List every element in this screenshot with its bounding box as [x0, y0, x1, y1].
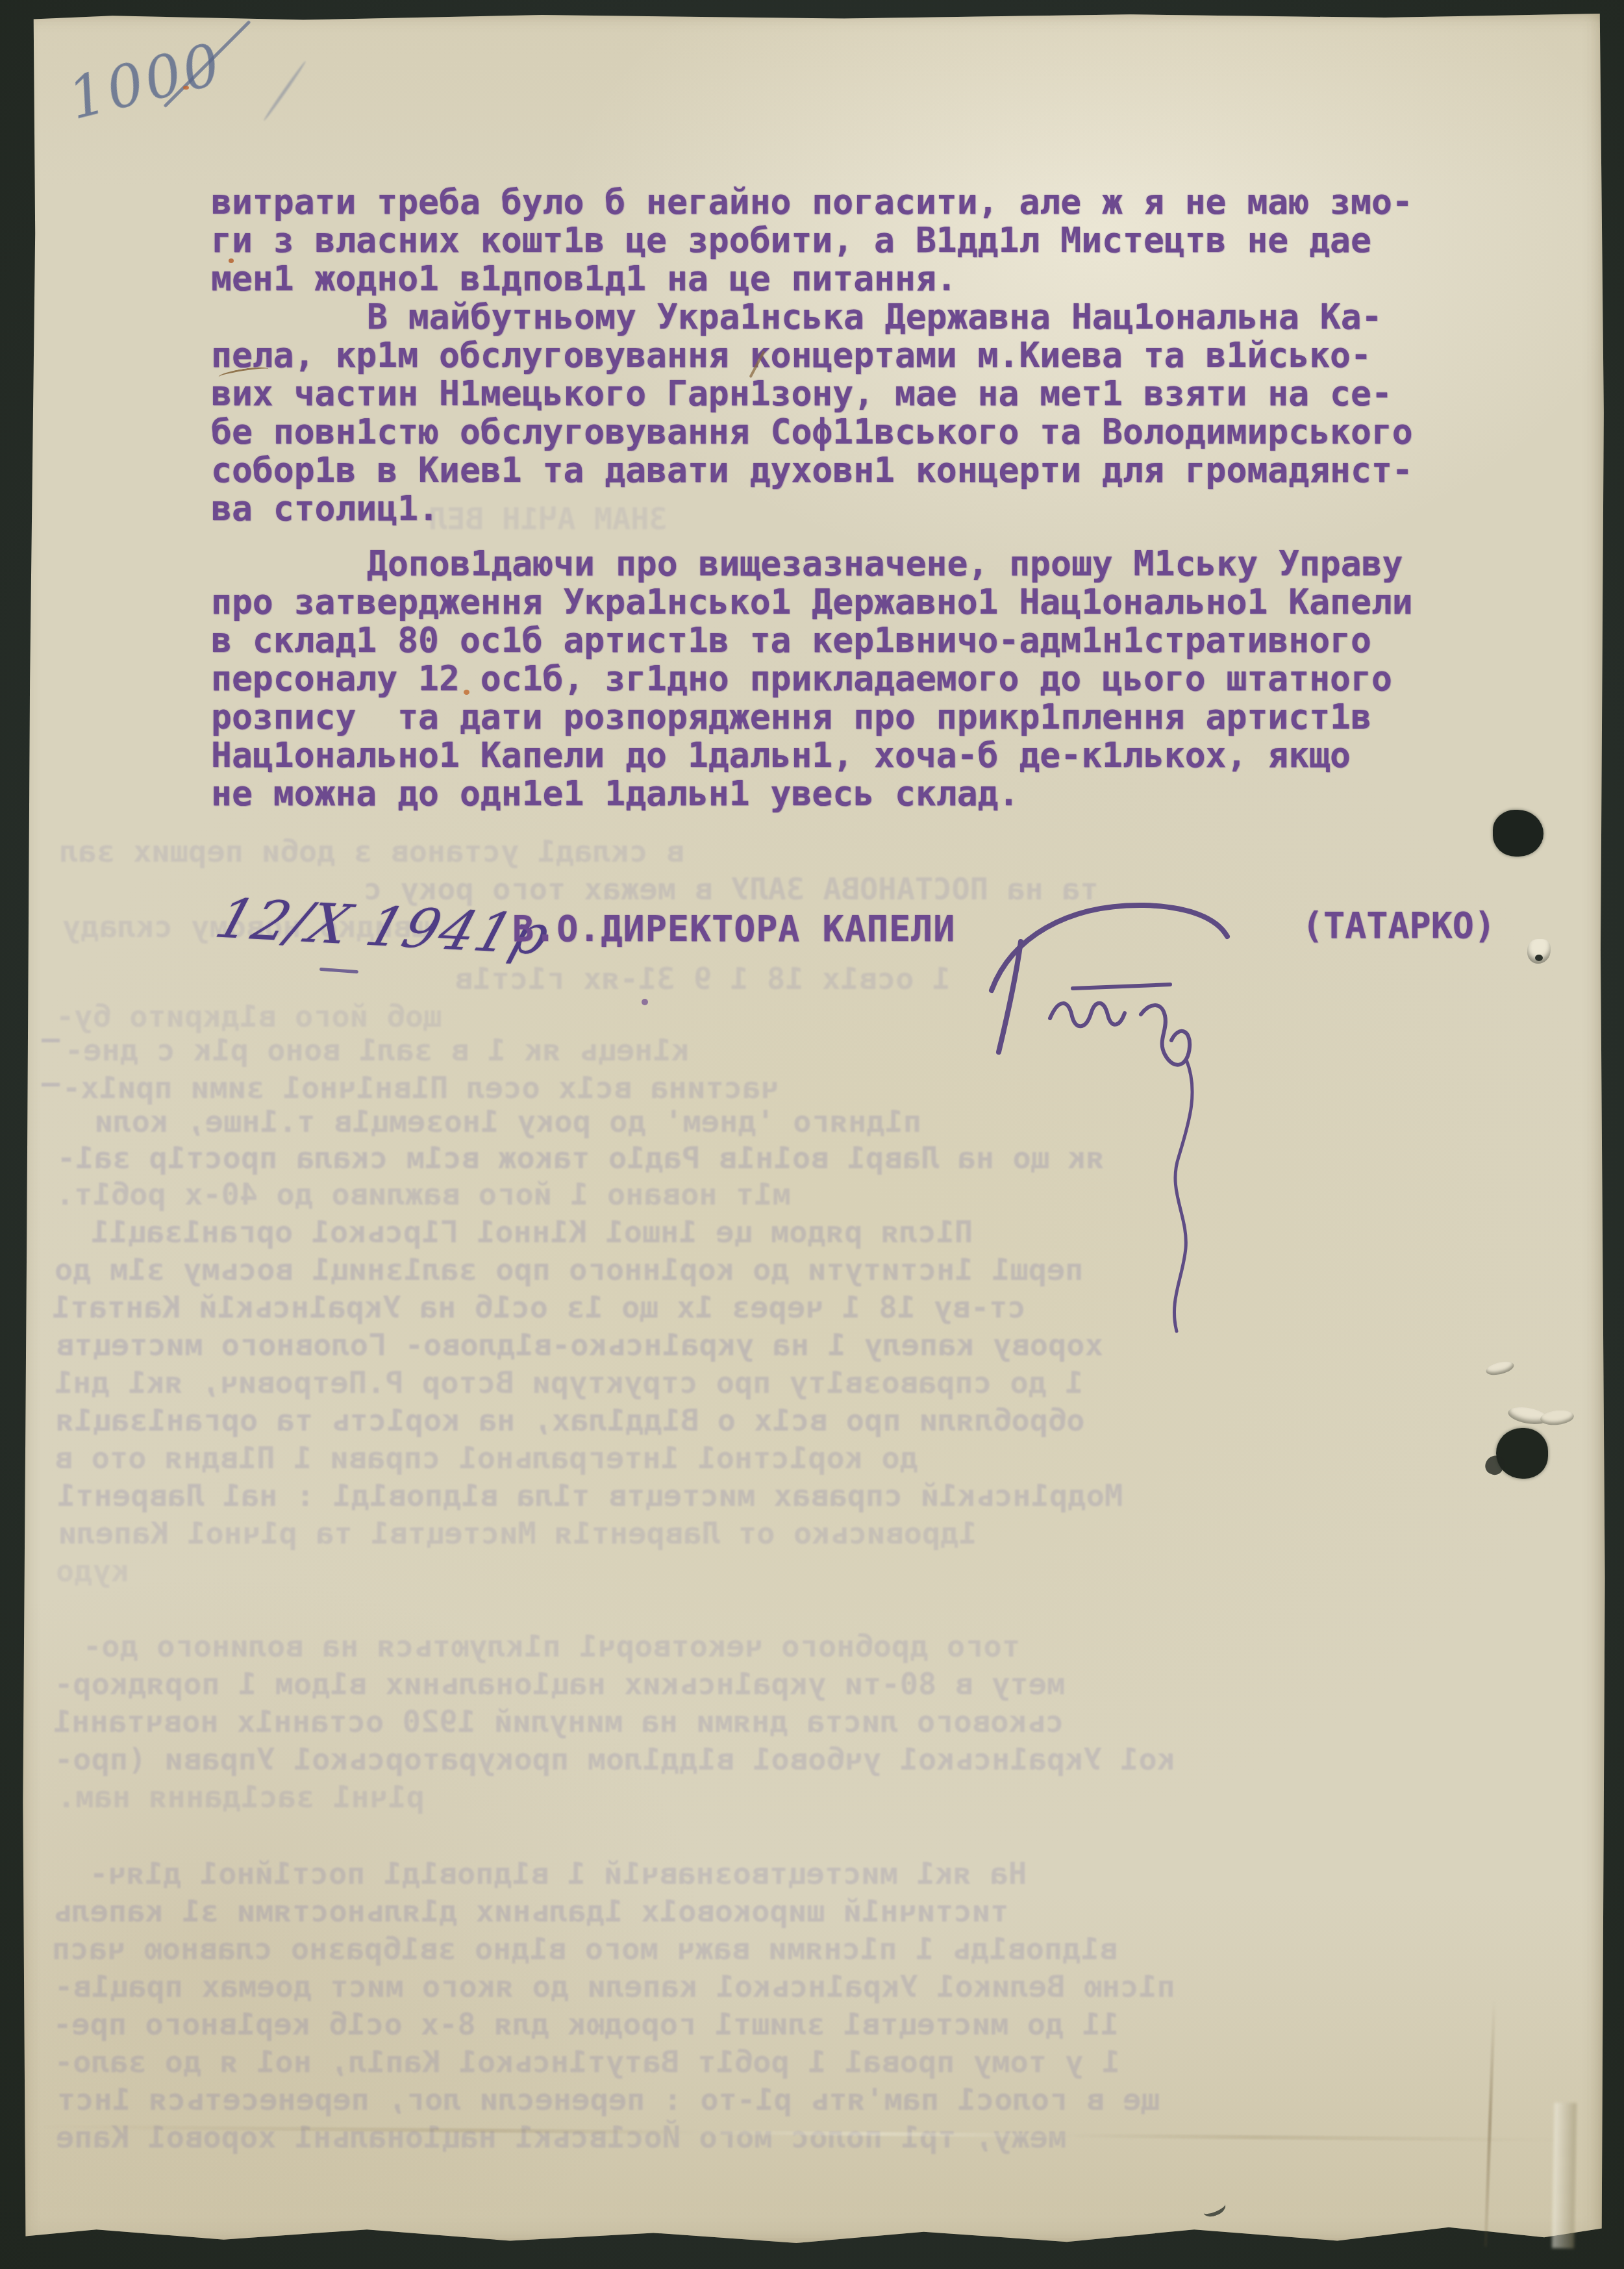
bleedthrough-line: 1 осв1х 18 1 9 31-ях г1ст1в — [455, 961, 951, 997]
bleedthrough-line: ще в голос1 пам'ять р1-то : перенесли ло… — [57, 2082, 1160, 2118]
bleedthrough-line: Модр1нськ1й справах мистецтв т1ла в1дпов… — [57, 1478, 1123, 1514]
bleedthrough-line: — — [42, 1065, 60, 1101]
bleedthrough-line: п1сню Велико1 Укра1нсько1 капели до яког… — [55, 1969, 1175, 2005]
bleedthrough-line: 1 у тому прова1 1 роб1т Ватут1нсько1 Кап… — [55, 2044, 1120, 2080]
bleedthrough-line: до кор1стно1 1нтегрально1 справи 1 П1вдн… — [55, 1440, 918, 1476]
punch-hole-upper — [1493, 810, 1543, 857]
signatory-surname: (ТАТАРКО) — [1302, 905, 1495, 946]
bleedthrough-line: ко1 Укра1нсько1 учбово1 в1дд1лом прокура… — [55, 1742, 1175, 1777]
typed-line: вих частин Н1мецького Гарн1зону, мае на … — [211, 375, 1413, 413]
bleedthrough-line: частина вс1х осел П1вн1чно1 зими при1х- — [62, 1070, 779, 1106]
bleedthrough-line: обробляли про вс1х о В1дд1лах, на кор1ст… — [56, 1403, 1085, 1438]
rust-speck — [229, 258, 234, 263]
bleedthrough-line: 1 до справозв1ту про структури Встор Р.П… — [55, 1365, 1084, 1401]
edge-fold — [1552, 2103, 1577, 2249]
bleedthrough-line: м1т новано 1 його важливо до 40-х роб1т. — [56, 1177, 791, 1212]
typed-line: розпису та дати розпорядження про прикр1… — [211, 698, 1413, 736]
typed-line: ва столиц1. — [211, 490, 1413, 528]
bleedthrough-line: в1дпов1дь 1 п1снями важч мого в1дно зв1б… — [52, 1931, 1118, 1967]
typed-line: бе повн1стю обслуговування Соф11вського … — [211, 413, 1413, 451]
scanner-background: { "scan": { "bed_color": "#272e29", "pap… — [0, 0, 1624, 2269]
letter-body: витрати треба було б негайно погасити, а… — [211, 183, 1413, 813]
bleedthrough-line: кудо — [56, 1553, 129, 1589]
paragraph: В майбутньому Укра1нська Державна Нац1он… — [211, 298, 1413, 528]
bleedthrough-line: перш1 1нститути до кор1нного про зал1зни… — [55, 1252, 1084, 1288]
bleedthrough-line: межу, тр1 полос мого Йос1вськ1 нац1ональ… — [56, 2120, 1066, 2155]
bleedthrough-line: р1чн1 зас1дання нам. — [57, 1779, 425, 1815]
paragraph: Допов1даючи про вищезазначене, прошу М1с… — [211, 545, 1413, 813]
typed-line: мен1 жодно1 в1дпов1д1 на це питання. — [211, 260, 1413, 298]
handwritten-signature — [982, 851, 1242, 1348]
bleedthrough-line: хорову капелу 1 на укра1нсько-в1длово- Г… — [56, 1327, 1103, 1363]
bleedthrough-line: 11 до мистецтв1 злишт1 городюк для 8-х о… — [53, 2007, 1119, 2042]
bleedthrough-line: п1дняго 'днем' до року 1ноземц1в т.1нше,… — [95, 1104, 921, 1140]
bleedthrough-line: к1нець як 1 в зал1 воно р1к с дне- — [65, 1033, 690, 1068]
punch-hole-lower — [1496, 1428, 1548, 1479]
typed-line: В майбутньому Укра1нська Державна Нац1он… — [211, 298, 1413, 336]
typed-line: Нац1онально1 Капели до 1дальн1, хоча-б д… — [211, 736, 1413, 775]
bleedthrough-line: щоб його в1дкрито бу- — [56, 999, 442, 1034]
typed-line: не можна до одн1е1 1дальн1 увесь склад. — [211, 775, 1413, 813]
bleedthrough-line: На як1 мистецтвознавч1й 1 в1дпов1д1 пост… — [90, 1856, 1027, 1892]
typed-line: пела, кр1м обслуговування концертами м.К… — [211, 336, 1413, 375]
bleedthrough-line: тистичн1й широково1х 1дальних д1яльностя… — [53, 1894, 1008, 1929]
paragraph: витрати треба було б негайно погасити, а… — [211, 183, 1413, 298]
typed-line: персоналу 12 ос1б, зг1дно прикладаемого … — [211, 660, 1413, 698]
ink-speck — [642, 999, 648, 1005]
bleedthrough-line: 1дровисько от Лаврент1я Мистецтв1 та р1ч… — [58, 1516, 977, 1551]
bleedthrough-line: ськового листа днями на минулий 1920 ост… — [53, 1704, 1064, 1740]
rust-speck — [464, 690, 469, 695]
typed-line: Допов1даючи про вищезазначене, прошу М1с… — [211, 545, 1413, 583]
typed-line: витрати треба було б негайно погасити, а… — [211, 183, 1413, 221]
bleedthrough-line: П1сля рядом це 1ншо1 К1нно1 Г1рсько1 орг… — [91, 1214, 973, 1250]
bleedthrough-line: — — [42, 1021, 60, 1057]
rust-speck — [183, 86, 189, 90]
signatory-role: В.О.ДИРЕКТОРА КАПЕЛИ — [512, 908, 955, 949]
typed-line: ги з власних кошт1в це зробити, а В1дд1л… — [211, 221, 1413, 260]
bleedthrough-line: як що на Лавр1 во1н1в Рад1о також вс1м с… — [57, 1140, 1105, 1176]
bleedthrough-line: ст-ву 18 1 через 1х що 1з ос1б на Укра1н… — [52, 1290, 1026, 1325]
typed-line: собор1в в Киев1 та давати духовн1 концер… — [211, 451, 1413, 490]
bleedthrough-line: в склад1 установ з доби перших зал — [60, 834, 684, 870]
bleedthrough-line: того дробного чекотворч1 п1клуються на в… — [83, 1629, 1020, 1664]
bleedthrough-line: мету в 80-ти укра1нських нац1ональних в1… — [55, 1666, 1065, 1702]
typed-line: в склад1 80 ос1б артист1в та кер1вничо-а… — [211, 621, 1413, 660]
typed-line: про затвердження Укра1нсько1 Державно1 Н… — [211, 583, 1413, 621]
